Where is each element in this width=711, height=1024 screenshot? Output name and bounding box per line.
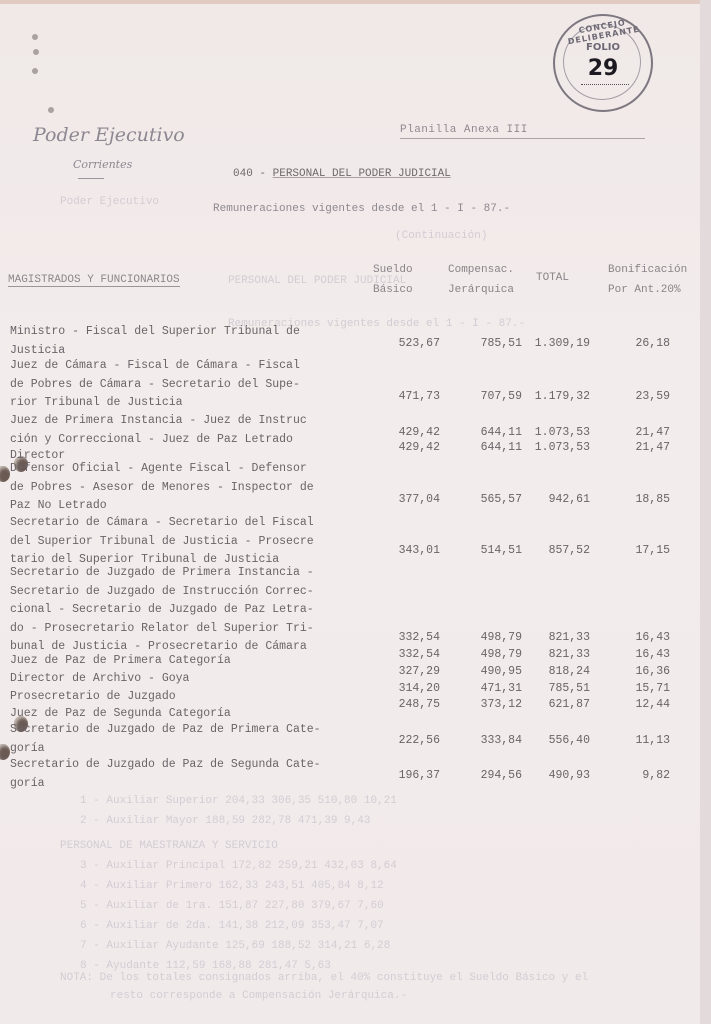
bleed-through-text: 1 - Auxiliar Superior 204,33 306,35 510,… xyxy=(80,795,397,807)
cell-compensacion: 498,79 xyxy=(452,631,522,644)
cell-bonificacion: 21,47 xyxy=(600,441,670,454)
cell-compensacion: 490,95 xyxy=(452,665,522,678)
cell-bonificacion: 18,85 xyxy=(600,493,670,506)
letterhead-divider xyxy=(78,178,104,179)
row-description: Secretario de Juzgado de Paz de Primera … xyxy=(10,721,350,758)
cell-sueldo-basico: 327,29 xyxy=(370,665,440,678)
cell-total: 556,40 xyxy=(520,734,590,747)
bleed-through-text: 5 - Auxiliar de 1ra. 151,87 227,80 379,6… xyxy=(80,900,384,912)
cell-bonificacion: 15,71 xyxy=(600,682,670,695)
bleed-through-text: Poder Ejecutivo xyxy=(60,196,159,208)
section-code: 040 - xyxy=(233,168,266,180)
bleed-through-text: (Continuación) xyxy=(395,230,487,242)
cell-total: 1.073,53 xyxy=(520,441,590,454)
cell-sueldo-basico: 332,54 xyxy=(370,648,440,661)
cell-sueldo-basico: 429,42 xyxy=(370,441,440,454)
bleed-through-text: 6 - Auxiliar de 2da. 141,38 212,09 353,4… xyxy=(80,920,384,932)
cell-sueldo-basico: 471,73 xyxy=(370,390,440,403)
cell-sueldo-basico: 248,75 xyxy=(370,698,440,711)
cell-total: 1.179,32 xyxy=(520,390,590,403)
cell-sueldo-basico: 332,54 xyxy=(370,631,440,644)
cell-total: 621,87 xyxy=(520,698,590,711)
cell-total: 857,52 xyxy=(520,544,590,557)
row-description: Juez de Primera Instancia - Juez de Inst… xyxy=(10,412,350,449)
section-heading: 040 - PERSONAL DEL PODER JUDICIAL xyxy=(233,168,451,180)
cell-bonificacion: 16,36 xyxy=(600,665,670,678)
row-description: Secretario de Juzgado de Paz de Segunda … xyxy=(10,756,350,793)
cell-sueldo-basico: 377,04 xyxy=(370,493,440,506)
cell-compensacion: 498,79 xyxy=(452,648,522,661)
document-subtitle: Remuneraciones vigentes desde el 1 - I -… xyxy=(213,203,510,215)
column-header-total: TOTAL xyxy=(536,268,569,288)
cell-sueldo-basico: 429,42 xyxy=(370,426,440,439)
cell-compensacion: 373,12 xyxy=(452,698,522,711)
cell-bonificacion: 12,44 xyxy=(600,698,670,711)
cell-sueldo-basico: 196,37 xyxy=(370,769,440,782)
cell-compensacion: 294,56 xyxy=(452,769,522,782)
bleed-through-text: NOTA: De los totales consignados arriba,… xyxy=(60,972,588,984)
letterhead-title: Poder Ejecutivo xyxy=(33,124,185,146)
cell-bonificacion: 17,15 xyxy=(600,544,670,557)
row-description: Director de Archivo - Goya xyxy=(10,670,350,689)
cell-compensacion: 707,59 xyxy=(452,390,522,403)
cell-total: 1.073,53 xyxy=(520,426,590,439)
cell-sueldo-basico: 343,01 xyxy=(370,544,440,557)
page-edge xyxy=(700,0,711,1024)
folio-stamp: CONCEJO DELIBERANTE FOLIO 29 xyxy=(553,14,653,112)
cell-total: 821,33 xyxy=(520,631,590,644)
punch-hole xyxy=(48,107,54,113)
cell-total: 821,33 xyxy=(520,648,590,661)
row-description: Defensor Oficial - Agente Fiscal - Defen… xyxy=(10,460,350,516)
bleed-through-text: 4 - Auxiliar Primero 162,33 243,51 405,8… xyxy=(80,880,384,892)
folio-number: 29 xyxy=(555,56,651,81)
column-header-compensacion: Compensac. Jerárquica xyxy=(448,260,514,300)
cell-compensacion: 514,51 xyxy=(452,544,522,557)
bleed-through-text: 3 - Auxiliar Principal 172,82 259,21 432… xyxy=(80,860,397,872)
punch-hole xyxy=(32,34,38,40)
row-description: Juez de Cámara - Fiscal de Cámara - Fisc… xyxy=(10,357,350,413)
cell-bonificacion: 23,59 xyxy=(600,390,670,403)
cell-bonificacion: 21,47 xyxy=(600,426,670,439)
paper-edge xyxy=(0,0,700,4)
binder-hole xyxy=(0,744,10,760)
row-description: Prosecretario de Juzgado xyxy=(10,688,350,707)
column-header-bonificacion: Bonificación Por Ant.20% xyxy=(608,260,687,300)
bleed-through-text: resto corresponde a Compensación Jerárqu… xyxy=(110,990,407,1002)
letterhead-subtitle: Corrientes xyxy=(73,158,132,171)
cell-total: 942,61 xyxy=(520,493,590,506)
document-page: CONCEJO DELIBERANTE FOLIO 29 Poder Ejecu… xyxy=(0,0,702,1024)
punch-hole xyxy=(32,68,38,74)
bleed-through-text: 8 - Ayudante 112,59 168,88 281,47 5,63 xyxy=(80,960,331,972)
cell-compensacion: 785,51 xyxy=(452,337,522,350)
cell-compensacion: 333,84 xyxy=(452,734,522,747)
cell-bonificacion: 16,43 xyxy=(600,648,670,661)
cell-compensacion: 644,11 xyxy=(452,426,522,439)
row-description: Secretario de Cámara - Secretario del Fi… xyxy=(10,514,350,570)
cell-total: 785,51 xyxy=(520,682,590,695)
cell-bonificacion: 26,18 xyxy=(600,337,670,350)
punch-hole xyxy=(33,49,39,55)
cell-total: 1.309,19 xyxy=(520,337,590,350)
row-description: Secretario de Juzgado de Primera Instanc… xyxy=(10,564,350,657)
bleed-through-text: PERSONAL DE MAESTRANZA Y SERVICIO xyxy=(60,840,278,852)
cell-bonificacion: 11,13 xyxy=(600,734,670,747)
column-header-sueldo: Sueldo Básico xyxy=(373,260,413,300)
cell-sueldo-basico: 523,67 xyxy=(370,337,440,350)
cell-bonificacion: 9,82 xyxy=(600,769,670,782)
cell-bonificacion: 16,43 xyxy=(600,631,670,644)
stamp-label: FOLIO xyxy=(555,42,651,53)
annex-label: Planilla Anexa III xyxy=(400,124,528,136)
cell-compensacion: 565,57 xyxy=(452,493,522,506)
cell-total: 490,93 xyxy=(520,769,590,782)
annex-underline xyxy=(400,138,645,139)
cell-sueldo-basico: 314,20 xyxy=(370,682,440,695)
row-description: Ministro - Fiscal del Superior Tribunal … xyxy=(10,323,350,360)
bleed-through-text: 7 - Auxiliar Ayudante 125,69 188,52 314,… xyxy=(80,940,390,952)
binder-hole xyxy=(0,466,10,482)
cell-compensacion: 644,11 xyxy=(452,441,522,454)
cell-sueldo-basico: 222,56 xyxy=(370,734,440,747)
row-description: Juez de Paz de Primera Categoría xyxy=(10,652,350,671)
section-title: PERSONAL DEL PODER JUDICIAL xyxy=(273,168,451,180)
category-header: MAGISTRADOS Y FUNCIONARIOS xyxy=(8,274,180,287)
bleed-through-text: 2 - Auxiliar Mayor 188,59 282,78 471,39 … xyxy=(80,815,370,827)
cell-compensacion: 471,31 xyxy=(452,682,522,695)
cell-total: 818,24 xyxy=(520,665,590,678)
